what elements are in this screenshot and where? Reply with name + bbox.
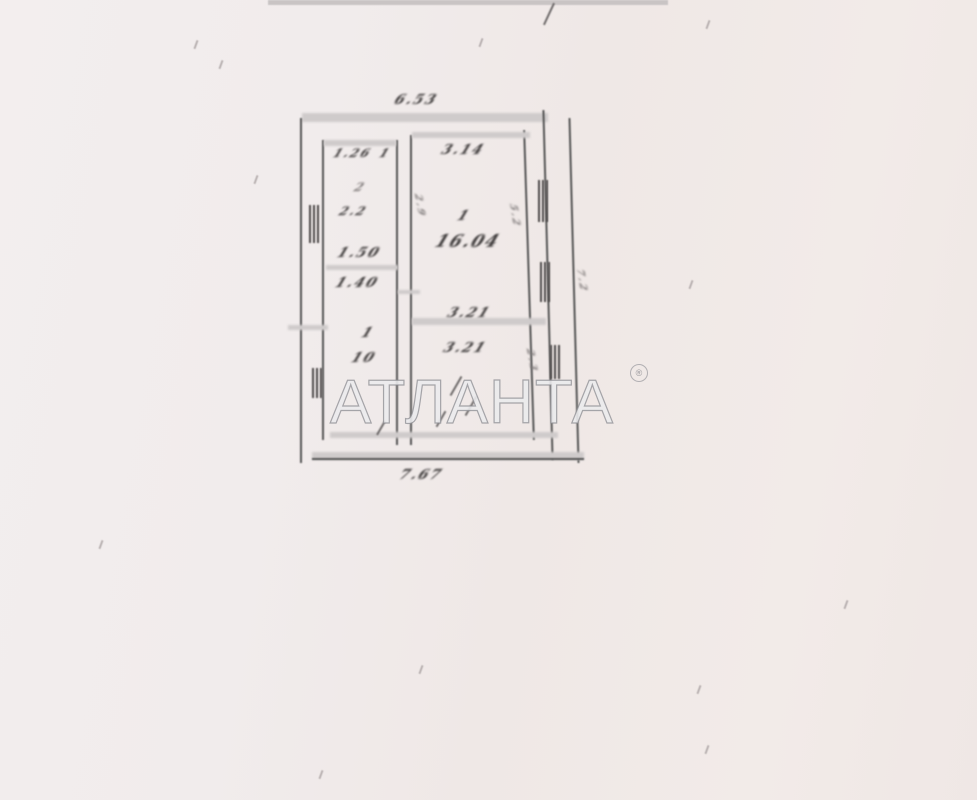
side-label-right-outer: 7.2 — [574, 268, 589, 292]
outer-wall-bottom-line — [312, 458, 584, 460]
room-bottom-right-sub-dimension: 3.21 — [441, 340, 490, 356]
side-label-left-wall: 2.9 — [412, 193, 427, 217]
room-2-dims: 2.2 — [337, 204, 370, 218]
room-main-number: 1 — [455, 208, 473, 224]
window-left-lower — [312, 368, 322, 398]
door-stub-left — [288, 325, 328, 330]
inner-wall-top-right — [412, 132, 530, 138]
room-main-top-dimension: 3.14 — [439, 142, 488, 158]
window-left-upper — [309, 205, 319, 243]
window-right-upper — [538, 180, 548, 222]
dimension-top: 6.53 — [392, 92, 441, 108]
registered-trademark-icon: ® — [630, 364, 648, 382]
outer-wall-top — [302, 113, 548, 122]
door-stub-mid — [398, 290, 420, 294]
room-left-bottom-area: 10 — [349, 350, 379, 366]
side-label-right-main: 5.2 — [507, 203, 522, 227]
inner-wall-left — [322, 140, 324, 440]
room-bottom-right-top-dimension: 3.21 — [445, 305, 494, 321]
outer-wall-left — [300, 118, 302, 463]
watermark-logo: АТЛАНТА — [330, 372, 614, 434]
room-main-area: 16.04 — [432, 232, 503, 252]
partition-left-mid — [326, 265, 398, 270]
dimension-bottom: 7.67 — [397, 467, 446, 483]
room-small-top-suffix: 1 — [377, 146, 393, 160]
room-left-bottom-number: 1 — [359, 325, 377, 341]
room-2-number: 2 — [352, 180, 368, 194]
room-small-top-label: 1.26 — [331, 146, 374, 160]
room-left-mid-area: 1.40 — [333, 275, 382, 291]
window-right-mid — [540, 262, 550, 302]
room-2-area: 1.50 — [335, 245, 384, 261]
